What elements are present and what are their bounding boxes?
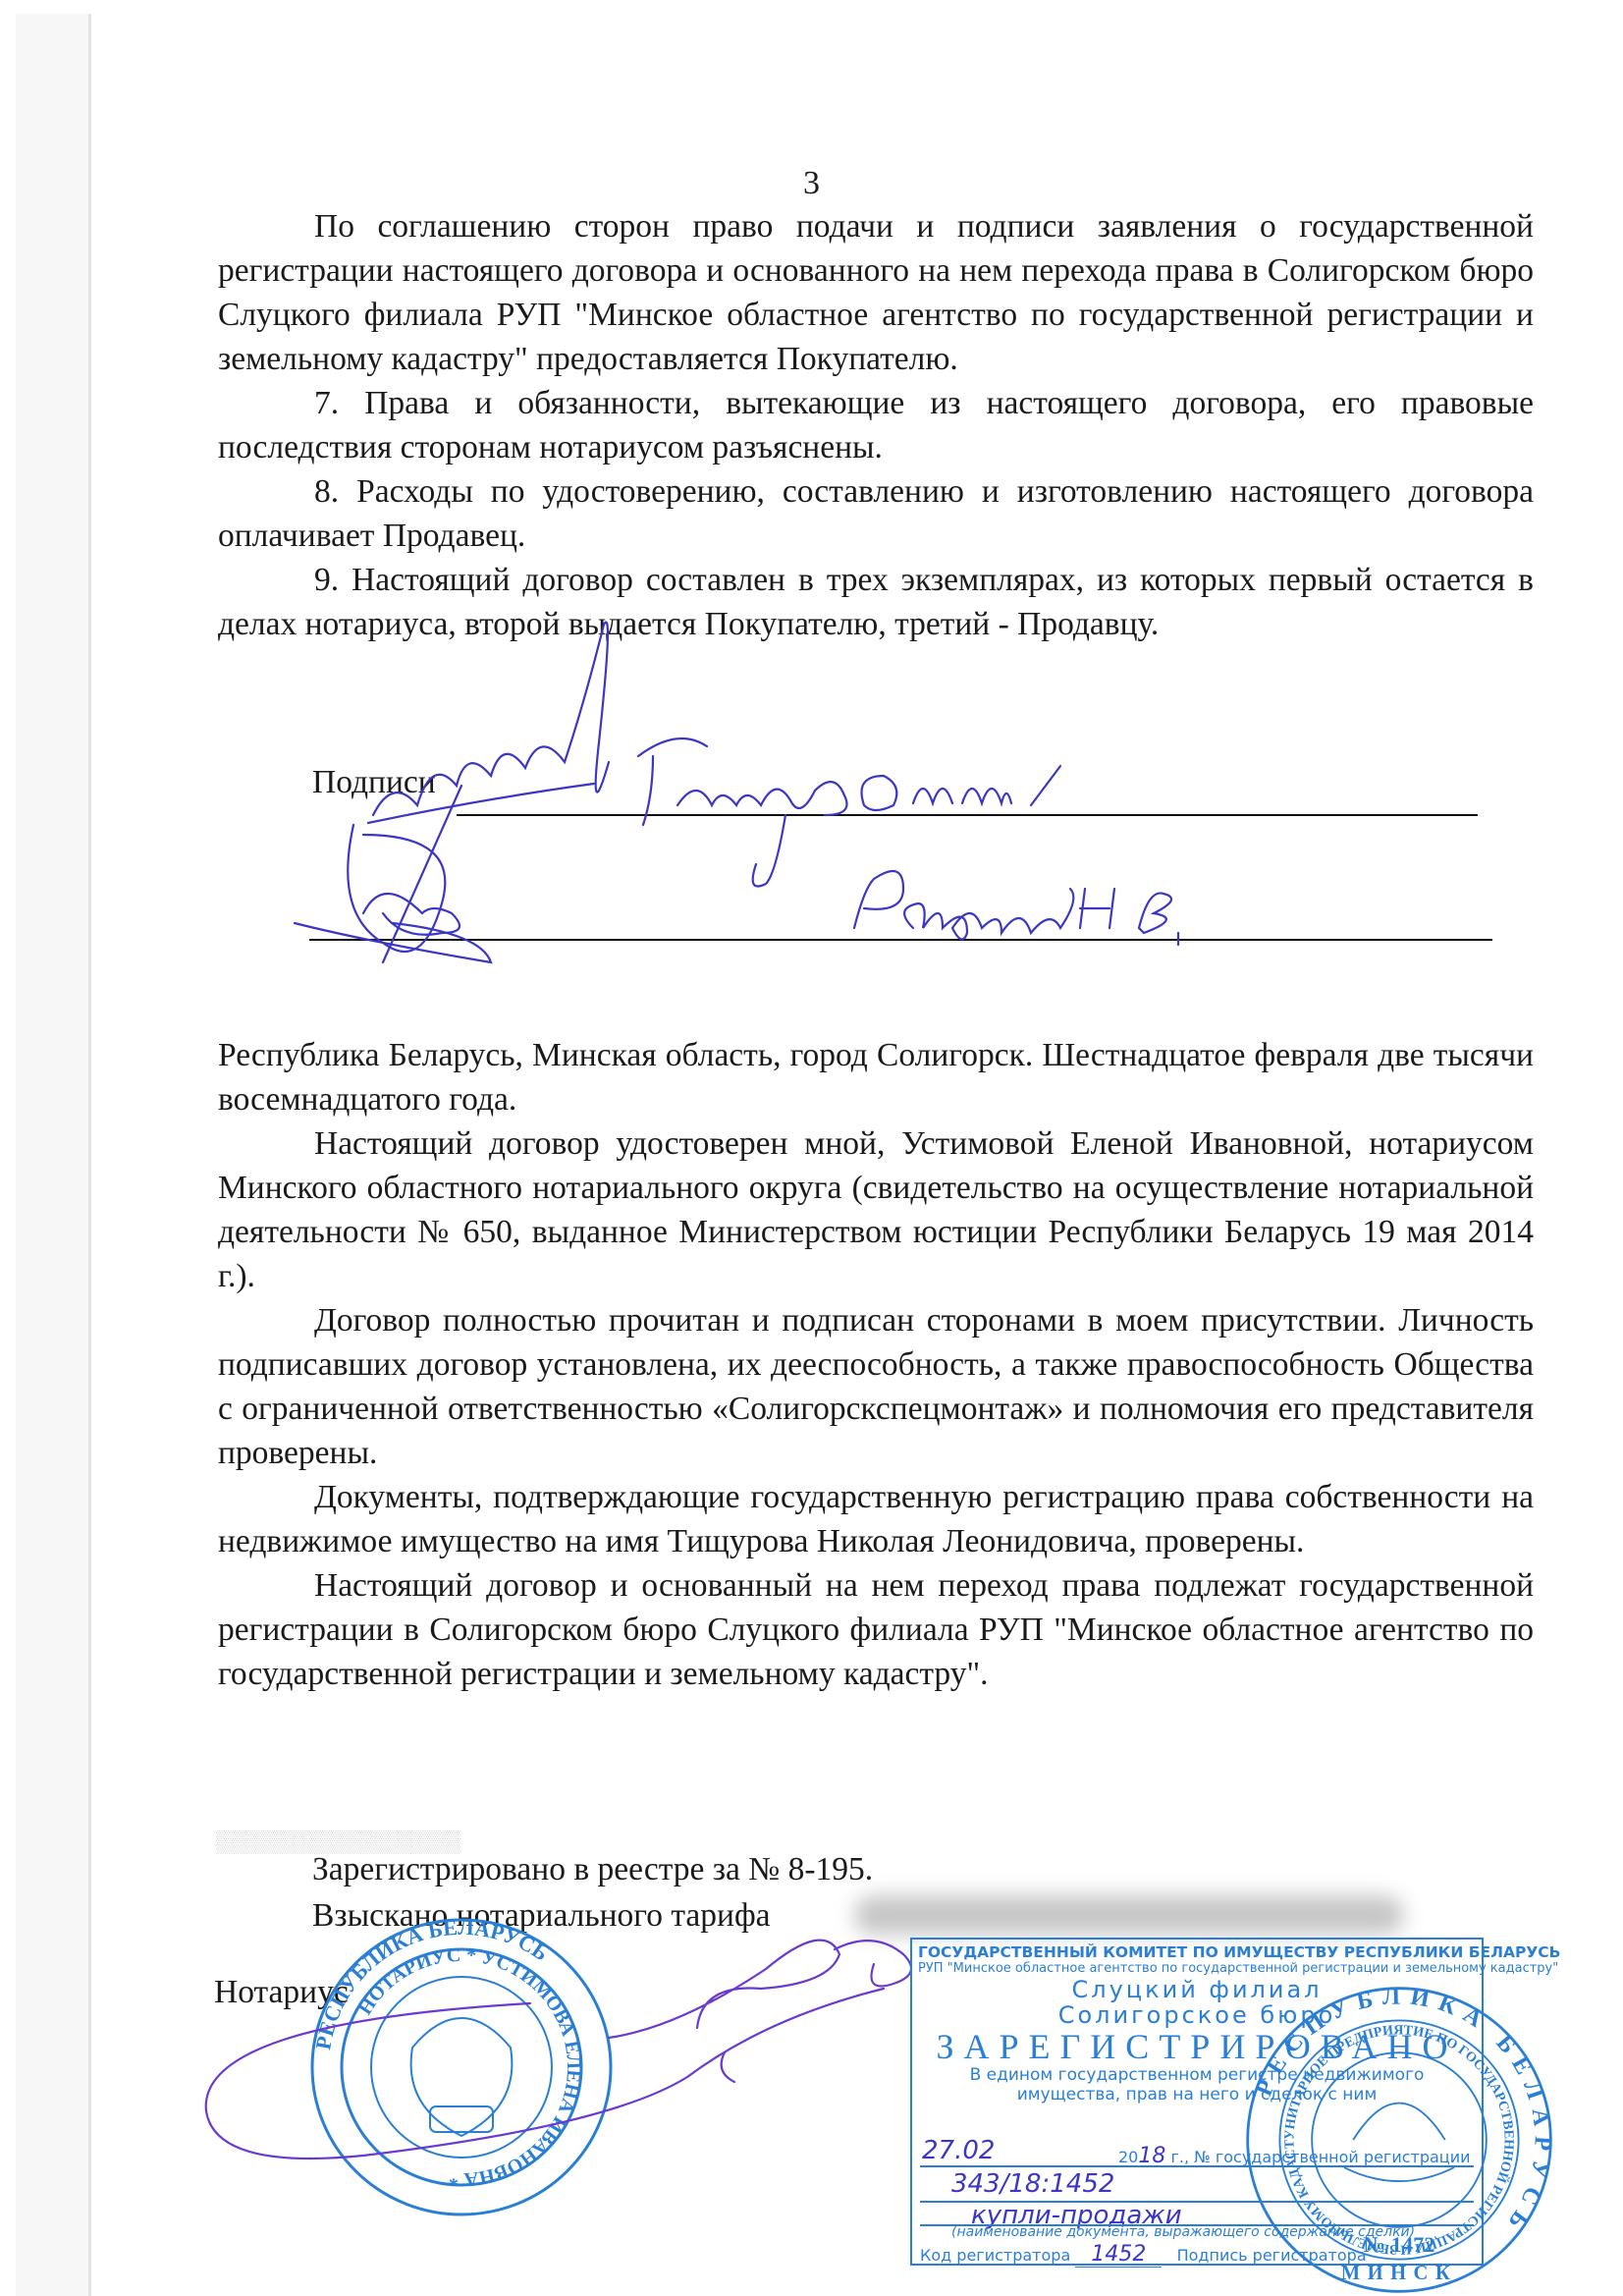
agency-round-stamp: РЕСПУБЛИКА БЕЛАРУСЬ УНИТАРНОЕ ПРЕДПРИЯТИ…: [1232, 1984, 1566, 2296]
svg-text:МИНСК: МИНСК: [1341, 2263, 1458, 2284]
stamp-agency: РУП "Минское областное агентство по госу…: [912, 1961, 1482, 1977]
stamp-date-day: 27.02: [922, 2136, 995, 2165]
svg-text:№ 1472: № 1472: [1363, 2232, 1434, 2257]
stamp-reg-number: 343/18:1452: [951, 2169, 1114, 2199]
stamp-committee: ГОСУДАРСТВЕННЫЙ КОМИТЕТ ПО ИМУЩЕСТВУ РЕС…: [912, 1940, 1482, 1961]
